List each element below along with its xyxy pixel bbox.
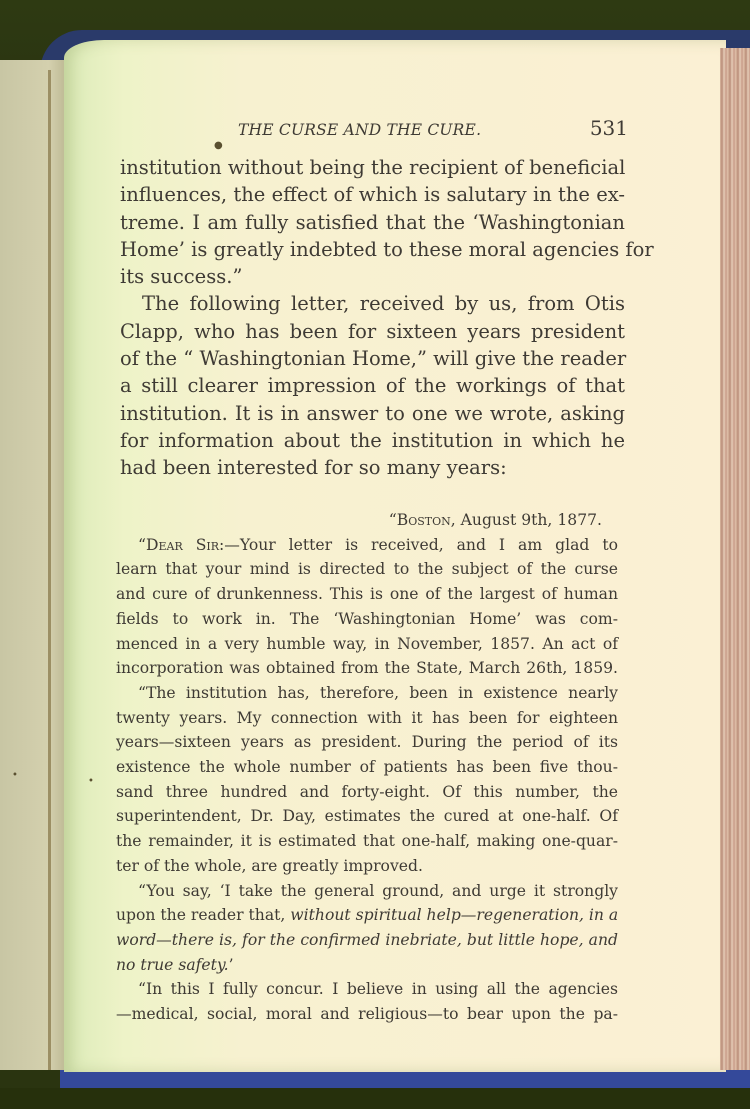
page-header: THE CURSE AND THE CURE. 531	[238, 116, 628, 140]
text-line: incorporation was obtained from the Stat…	[116, 656, 618, 681]
text-line: of the “ Washingtonian Home,” will give …	[120, 345, 625, 372]
letter-dateline: “Boston, August 9th, 1877.	[116, 508, 618, 533]
facing-page-left	[0, 60, 70, 1070]
text-line: influences, the effect of which is salut…	[120, 181, 625, 208]
book-cover-edge-bottom	[60, 1070, 750, 1090]
dateline-date: , August 9th, 1877.	[451, 511, 602, 529]
text-line: —medical, social, moral and religious—to…	[116, 1002, 618, 1027]
book-gutter	[48, 70, 51, 1070]
text-line: institution without being the recipient …	[120, 154, 625, 181]
letter-salutation-line: “Dear Sir:—Your letter is received, and …	[116, 533, 618, 558]
text-line: “You say, ‘I take the general ground, an…	[116, 879, 618, 904]
ink-speck: •	[88, 776, 94, 787]
page-number: 531	[590, 116, 628, 140]
text-line: word—there is, for the confirmed inebria…	[116, 928, 618, 953]
quoted-letter: “Boston, August 9th, 1877. “Dear Sir:—Yo…	[116, 508, 618, 1027]
text-line: The following letter, received by us, fr…	[120, 290, 625, 317]
text-line: upon the reader that, without spiritual …	[116, 903, 618, 928]
text-line: “In this I fully concur. I believe in us…	[116, 977, 618, 1002]
salutation: Dear Sir	[146, 536, 219, 554]
text-line: Home’ is greatly indebted to these moral…	[120, 236, 625, 263]
text-line: no true safety.’	[116, 953, 618, 978]
text-line: its success.”	[120, 263, 625, 290]
text-line: menced in a very humble way, in November…	[116, 632, 618, 657]
page-stack-edges	[720, 48, 750, 1070]
text-line: twenty years. My connection with it has …	[116, 706, 618, 731]
text-line: learn that your mind is directed to the …	[116, 557, 618, 582]
text-span: upon the reader that,	[116, 906, 290, 924]
text-line: treme. I am fully satisfied that the ‘Wa…	[120, 209, 625, 236]
body-text: institution without being the recipient …	[120, 154, 625, 482]
text-line: existence the whole number of patients h…	[116, 755, 618, 780]
background-bottom	[0, 1088, 750, 1109]
text-line: superintendent, Dr. Day, estimates the c…	[116, 804, 618, 829]
text-line: “The institution has, therefore, been in…	[116, 681, 618, 706]
running-head: THE CURSE AND THE CURE.	[238, 121, 481, 139]
text-line: institution. It is in answer to one we w…	[120, 400, 625, 427]
open-quote: “	[389, 511, 397, 529]
ink-speck: ●	[214, 140, 223, 151]
text-line: the remainder, it is estimated that one-…	[116, 829, 618, 854]
text-line: for information about the institution in…	[120, 427, 625, 454]
text-line: ter of the whole, are greatly improved.	[116, 854, 618, 879]
text-line: Clapp, who has been for sixteen years pr…	[120, 318, 625, 345]
text-line: had been interested for so many years:	[120, 454, 625, 481]
text-line: fields to work in. The ‘Washingtonian Ho…	[116, 607, 618, 632]
dateline-place: Boston	[397, 511, 451, 529]
text-line: years—sixteen years as president. During…	[116, 730, 618, 755]
italic-span: no true safety.	[116, 956, 229, 974]
open-quote: “	[138, 536, 146, 554]
text-line: sand three hundred and forty-eight. Of t…	[116, 780, 618, 805]
ink-speck: •	[12, 770, 18, 781]
text-line: :—Your letter is received, and I am glad…	[219, 536, 618, 554]
italic-span: without spiritual help—regeneration, in …	[290, 906, 618, 924]
text-line: a still clearer impression of the workin…	[120, 372, 625, 399]
text-line: and cure of drunkenness. This is one of …	[116, 582, 618, 607]
close-quote: ’	[229, 956, 234, 974]
